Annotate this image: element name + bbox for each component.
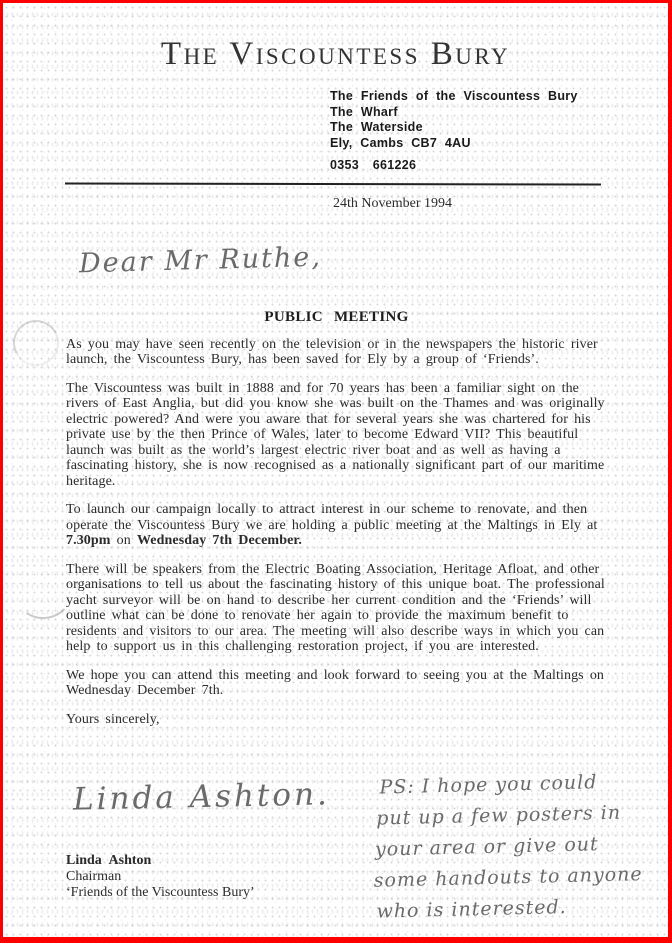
handwritten-ps-note: PS: I hope you couldput up a few posters… bbox=[373, 765, 672, 927]
signature-block: Linda Ashton Chairman ‘Friends of the Vi… bbox=[66, 853, 255, 900]
letter-date: 24th November 1994 bbox=[333, 196, 452, 212]
letter-body: PUBLIC MEETING As you may have seen rece… bbox=[66, 310, 607, 727]
paragraph-meeting-announcement: To launch our campaign locally to attrac… bbox=[66, 502, 607, 549]
paragraph-speakers: There will be speakers from the Electric… bbox=[66, 562, 607, 655]
address-lines: The Friends of the Viscountess BuryThe W… bbox=[330, 89, 578, 151]
hole-punch-mark bbox=[15, 570, 74, 621]
phone-number: 0353 661226 bbox=[330, 158, 578, 174]
paragraph-history: The Viscountess was built in 1888 and fo… bbox=[66, 381, 607, 490]
handwritten-salutation: Dear Mr Ruthe, bbox=[79, 242, 323, 280]
letter-heading: PUBLIC MEETING bbox=[66, 310, 607, 326]
signatory-name: Linda Ashton bbox=[66, 853, 255, 869]
letterhead-title: The Viscountess Bury bbox=[3, 36, 668, 73]
scanned-letter-page: The Viscountess Bury The Friends of the … bbox=[0, 0, 672, 943]
paragraph-intro: As you may have seen recently on the tel… bbox=[66, 337, 607, 368]
closing-line: Yours sincerely, bbox=[66, 712, 607, 728]
letterhead-divider-rule bbox=[65, 182, 601, 185]
letterhead-address-block: The Friends of the Viscountess BuryThe W… bbox=[330, 89, 578, 174]
signatory-org: ‘Friends of the Viscountess Bury’ bbox=[66, 885, 255, 901]
signatory-role: Chairman bbox=[66, 869, 255, 885]
handwritten-signature: Linda Ashton. bbox=[73, 776, 331, 817]
paragraph-hope-attend: We hope you can attend this meeting and … bbox=[66, 668, 607, 699]
hole-punch-mark bbox=[7, 314, 65, 372]
